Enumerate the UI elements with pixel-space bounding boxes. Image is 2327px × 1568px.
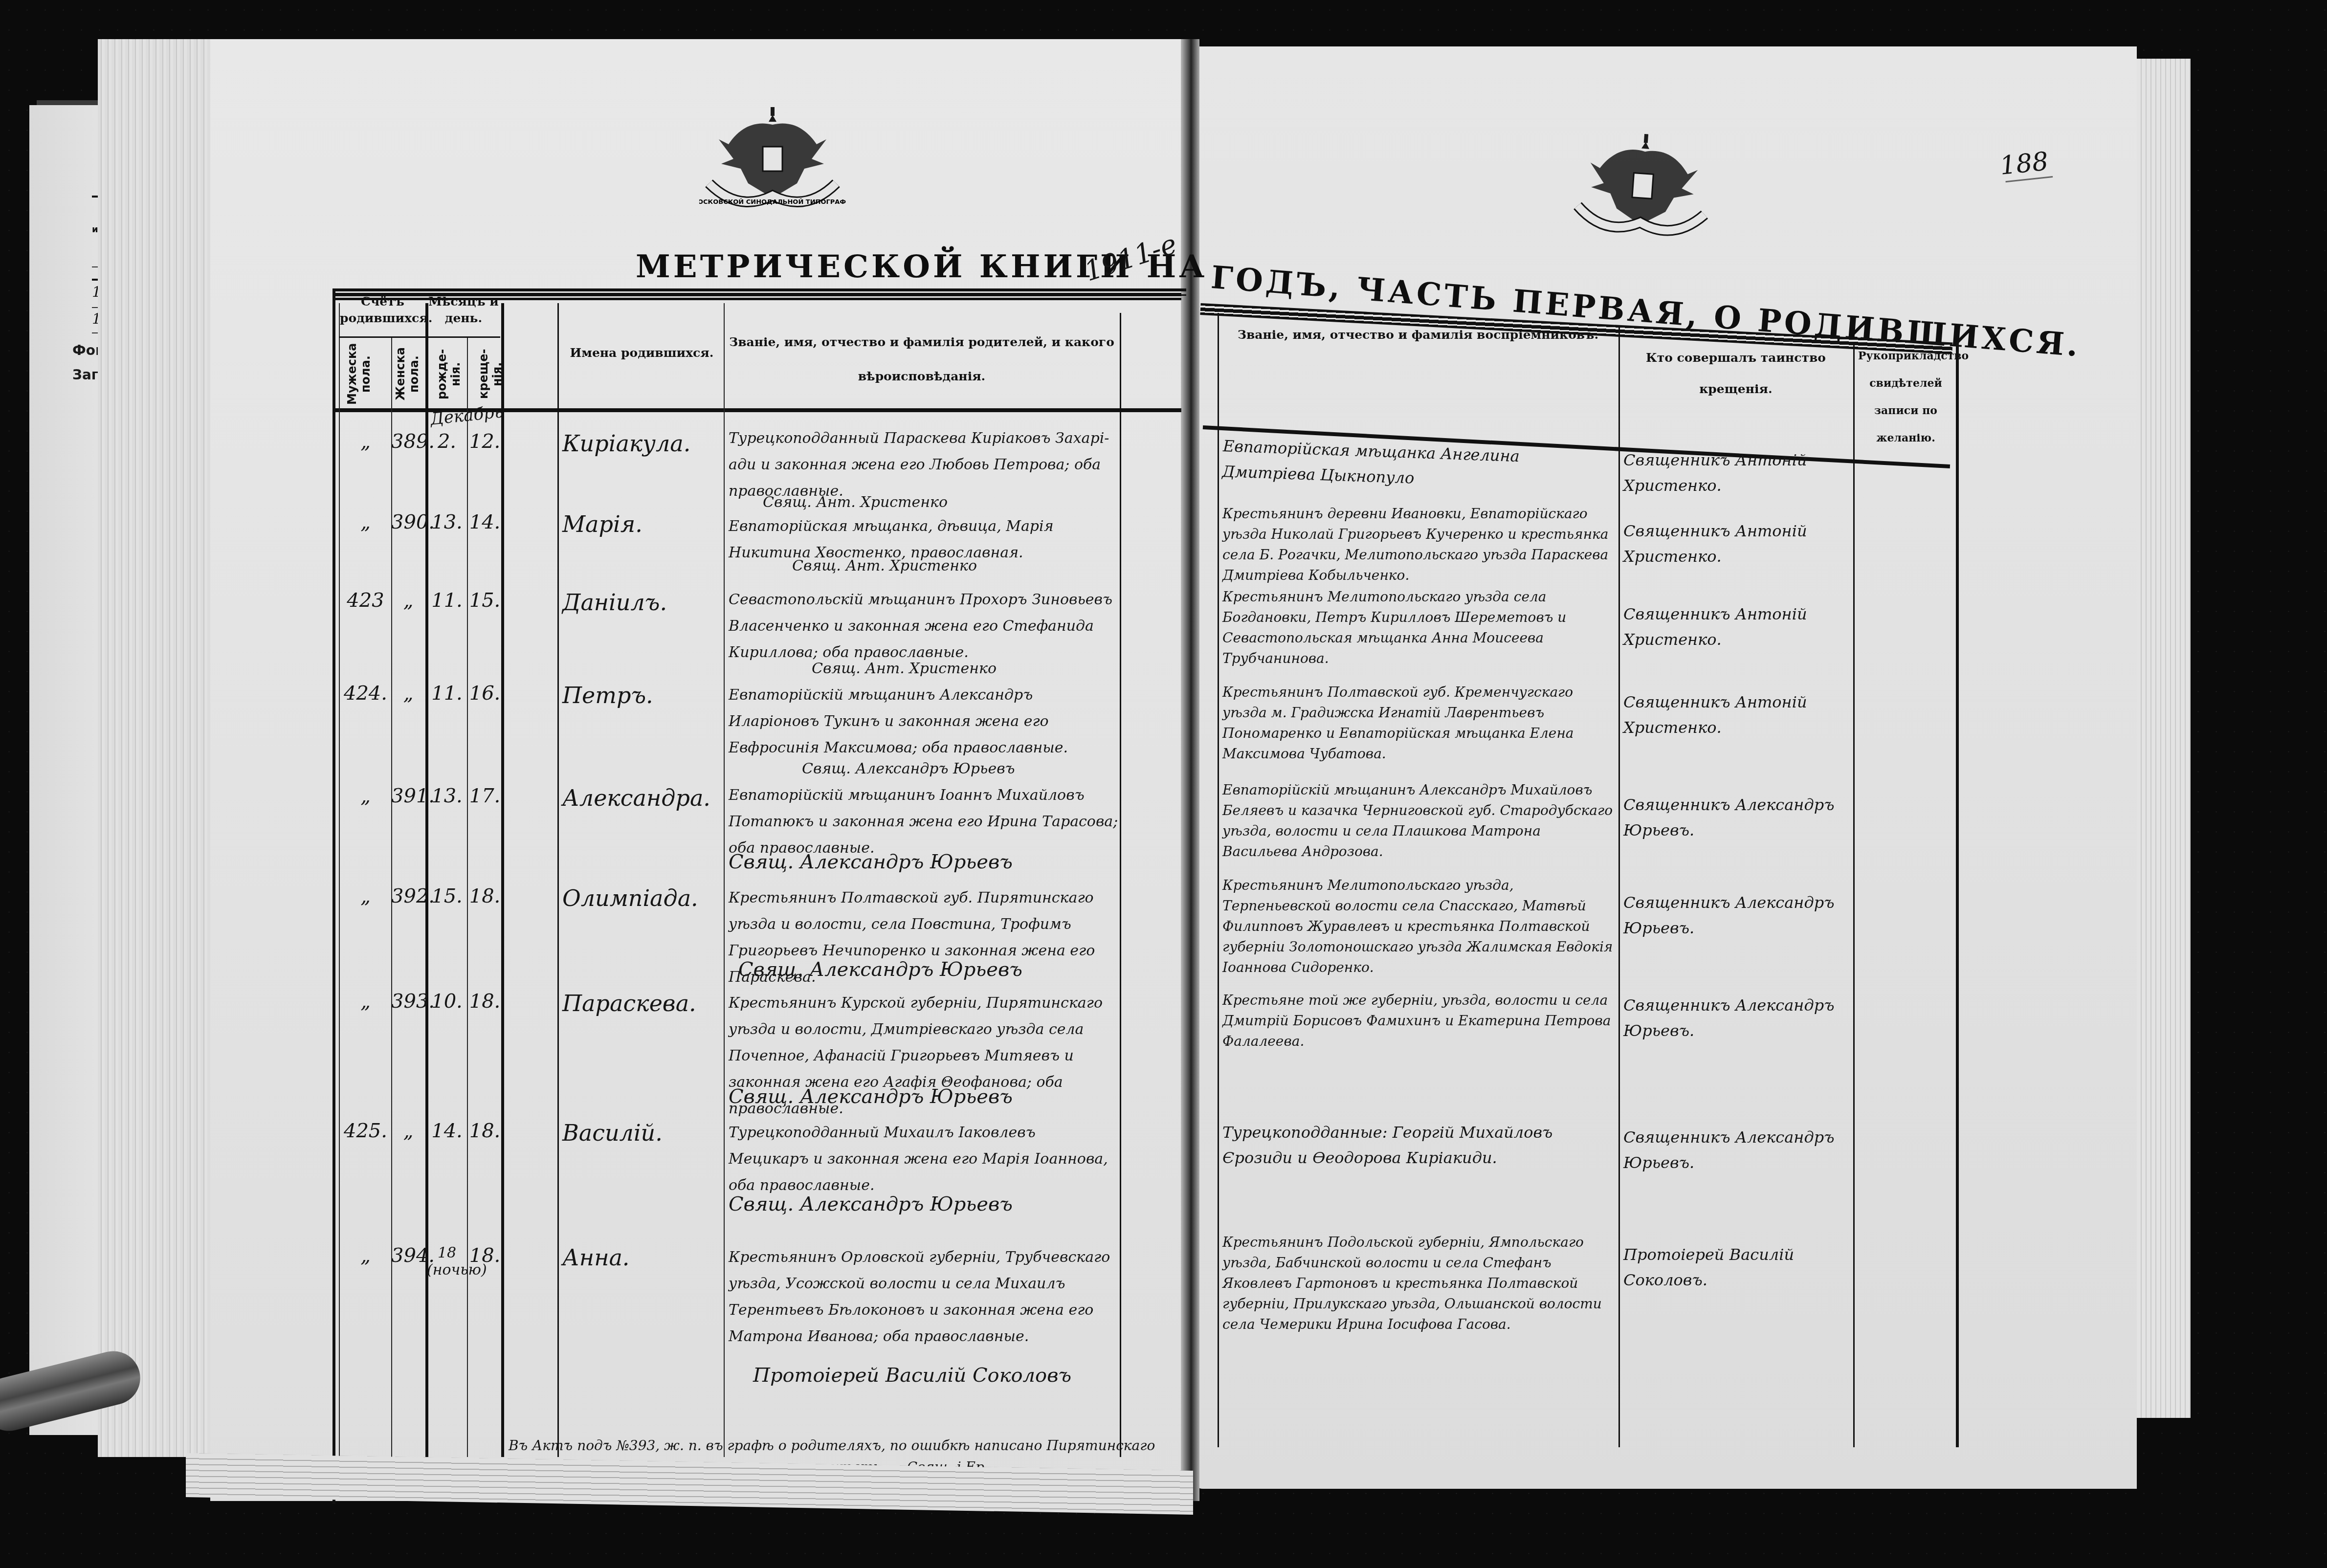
baptism-day: 18. (468, 1244, 501, 1267)
col-header-godparents: Званіе, имя, отчество и фамилія воспріем… (1222, 320, 1614, 350)
godparents-info: Евпаторійскій мѣщанинъ Александръ Михайл… (1222, 780, 1614, 862)
parents-info: Севастопольскій мѣщанинъ Прохоръ Зиновье… (729, 587, 1120, 666)
officiant: Священникъ Антоній Христенко. (1623, 447, 1848, 498)
svg-text:МОСКОВСКОЙ СИНОДАЛЬНОЙ ТИПОГРА: МОСКОВСКОЙ СИНОДАЛЬНОЙ ТИПОГРАФІИ (699, 198, 846, 206)
col-header-parents: Званіе, имя, отчество и фамилія родителе… (729, 325, 1115, 394)
female-count: „ (391, 589, 425, 612)
col-header-month-day: Мѣсяцъ и день. (427, 293, 500, 327)
godparents-info: Крестьяне той же губерніи, уѣзда, волост… (1222, 990, 1614, 1052)
baptism-day: 12. (468, 430, 501, 453)
col-header-birth-count: Счётъ родившихся. (340, 293, 425, 327)
godparents-info: Крестьянинъ Полтавской губ. Кременчугска… (1222, 682, 1614, 764)
birth-day: 10. (427, 990, 467, 1013)
priest-signature: Свящ. Александръ Юрьевъ (729, 1193, 1013, 1215)
parents-info: Турецкоподданный Параскева Киріаковъ Зах… (729, 425, 1120, 505)
officiant: Священникъ Александръ Юрьевъ. (1623, 890, 1848, 941)
child-name: Олимпіада. (562, 885, 698, 911)
col-header-female: Женска пола. (394, 342, 408, 406)
baptism-day: 15. (468, 589, 501, 612)
col-header-birth: рожде-нія. (435, 342, 450, 406)
birth-day: 14. (427, 1120, 467, 1142)
birth-day: 18 (ночью) (427, 1244, 467, 1279)
folio-number: 188 (1998, 147, 2050, 181)
godparents-info: Крестьянинъ Мелитопольскаго уѣзда, Терпе… (1222, 875, 1614, 978)
page-stack-right (2137, 59, 2191, 1418)
godparents-info: Крестьянинъ деревни Ивановки, Евпаторійс… (1222, 504, 1614, 586)
parents-info: Евпаторійскій мѣщанинъ Александръ Иларіо… (729, 682, 1120, 761)
male-count: „ (340, 1244, 391, 1267)
priest-signature: Свящ. Александръ Юрьевъ (729, 1085, 1013, 1108)
officiant: Священникъ Александръ Юрьевъ. (1623, 993, 1848, 1043)
col-header-baptism: креще-нія. (477, 342, 491, 406)
male-count: 423 (340, 589, 391, 612)
officiant: Священникъ Александръ Юрьевъ. (1623, 792, 1848, 843)
baptism-day: 18. (468, 1120, 501, 1142)
child-name: Петръ. (562, 682, 653, 708)
officiant: Священникъ Антоній Христенко. (1623, 601, 1848, 652)
male-count: „ (340, 511, 391, 533)
baptism-day: 18. (468, 885, 501, 907)
female-count: 389. (391, 430, 425, 453)
parents-info: Турецкоподданный Михаилъ Іаковлевъ Мецик… (729, 1120, 1120, 1199)
parents-info: Евпаторійскій мѣщанинъ Іоаннъ Михайловъ … (729, 782, 1120, 861)
priest-signature: Свящ. Ант. Христенко (812, 660, 997, 677)
priest-signature: Свящ. Александръ Юрьевъ (802, 760, 1015, 777)
child-name: Киріакула. (562, 430, 690, 457)
birth-day: 11. (427, 682, 467, 705)
col-header-witness-signatures: Рукоприкладство свидѣтелей записи по жел… (1858, 342, 1953, 452)
child-name: Александра. (562, 785, 710, 811)
baptism-day: 17. (468, 785, 501, 807)
child-name: Даніилъ. (562, 589, 667, 616)
baptism-day: 14. (468, 511, 501, 533)
male-count: „ (340, 785, 391, 807)
male-count: 425. (340, 1120, 391, 1142)
officiant: Священникъ Антоній Христенко. (1623, 689, 1848, 740)
female-count: „ (391, 682, 425, 705)
col-header-officiant: Кто совершалъ таинство крещенія. (1623, 342, 1848, 405)
male-count: 424. (340, 682, 391, 705)
female-count: 390. (391, 511, 425, 533)
godparents-info: Крестьянинъ Подольской губерніи, Ямпольс… (1222, 1232, 1614, 1335)
col-header-names: Имена родившихся. (560, 345, 724, 361)
godparents-info: Крестьянинъ Мелитопольскаго уѣзда села Б… (1222, 587, 1614, 669)
birth-day: 13. (427, 511, 467, 533)
child-name: Василій. (562, 1120, 663, 1146)
parents-info: Крестьянинъ Орловской губерніи, Трубчевс… (729, 1244, 1120, 1350)
child-name: Параскева. (562, 990, 696, 1016)
godparents-info: Турецкоподданные: Георгій Михайловъ Єроз… (1222, 1120, 1614, 1170)
female-count: 392. (391, 885, 425, 907)
birth-day: 2. (427, 430, 467, 453)
col-header-male: Мужеска пола. (345, 342, 360, 406)
priest-signature: Протоіерей Василій Соколовъ (753, 1364, 1071, 1387)
female-count: „ (391, 1120, 425, 1142)
birth-day: 13. (427, 785, 467, 807)
double-headed-eagle-crest-icon: МОСКОВСКОЙ СИНОДАЛЬНОЙ ТИПОГРАФІИ (699, 100, 846, 213)
priest-signature: Свящ. Александръ Юрьевъ (738, 958, 1022, 981)
priest-signature: Свящ. Александръ Юрьевъ (729, 851, 1013, 873)
double-headed-eagle-crest-icon (1566, 122, 1720, 244)
priest-signature: Свящ. Ант. Христенко (792, 557, 977, 574)
officiant: Священникъ Александръ Юрьевъ. (1623, 1125, 1848, 1175)
officiant: Священникъ Антоній Христенко. (1623, 518, 1848, 569)
birth-day: 15. (427, 885, 467, 907)
baptism-day: 18. (468, 990, 501, 1013)
child-name: Анна. (562, 1244, 629, 1271)
female-count: 391. (391, 785, 425, 807)
male-count: „ (340, 885, 391, 907)
female-count: 394. (391, 1244, 425, 1267)
officiant: Протоіерей Василій Соколовъ. (1623, 1242, 1848, 1293)
child-name: Марія. (562, 511, 643, 537)
priest-signature: Свящ. Ант. Христенко (763, 494, 948, 511)
male-count: „ (340, 430, 391, 453)
page-stack-left (98, 39, 225, 1457)
baptism-day: 16. (468, 682, 501, 705)
birth-day: 11. (427, 589, 467, 612)
female-count: 393. (391, 990, 425, 1013)
male-count: „ (340, 990, 391, 1013)
